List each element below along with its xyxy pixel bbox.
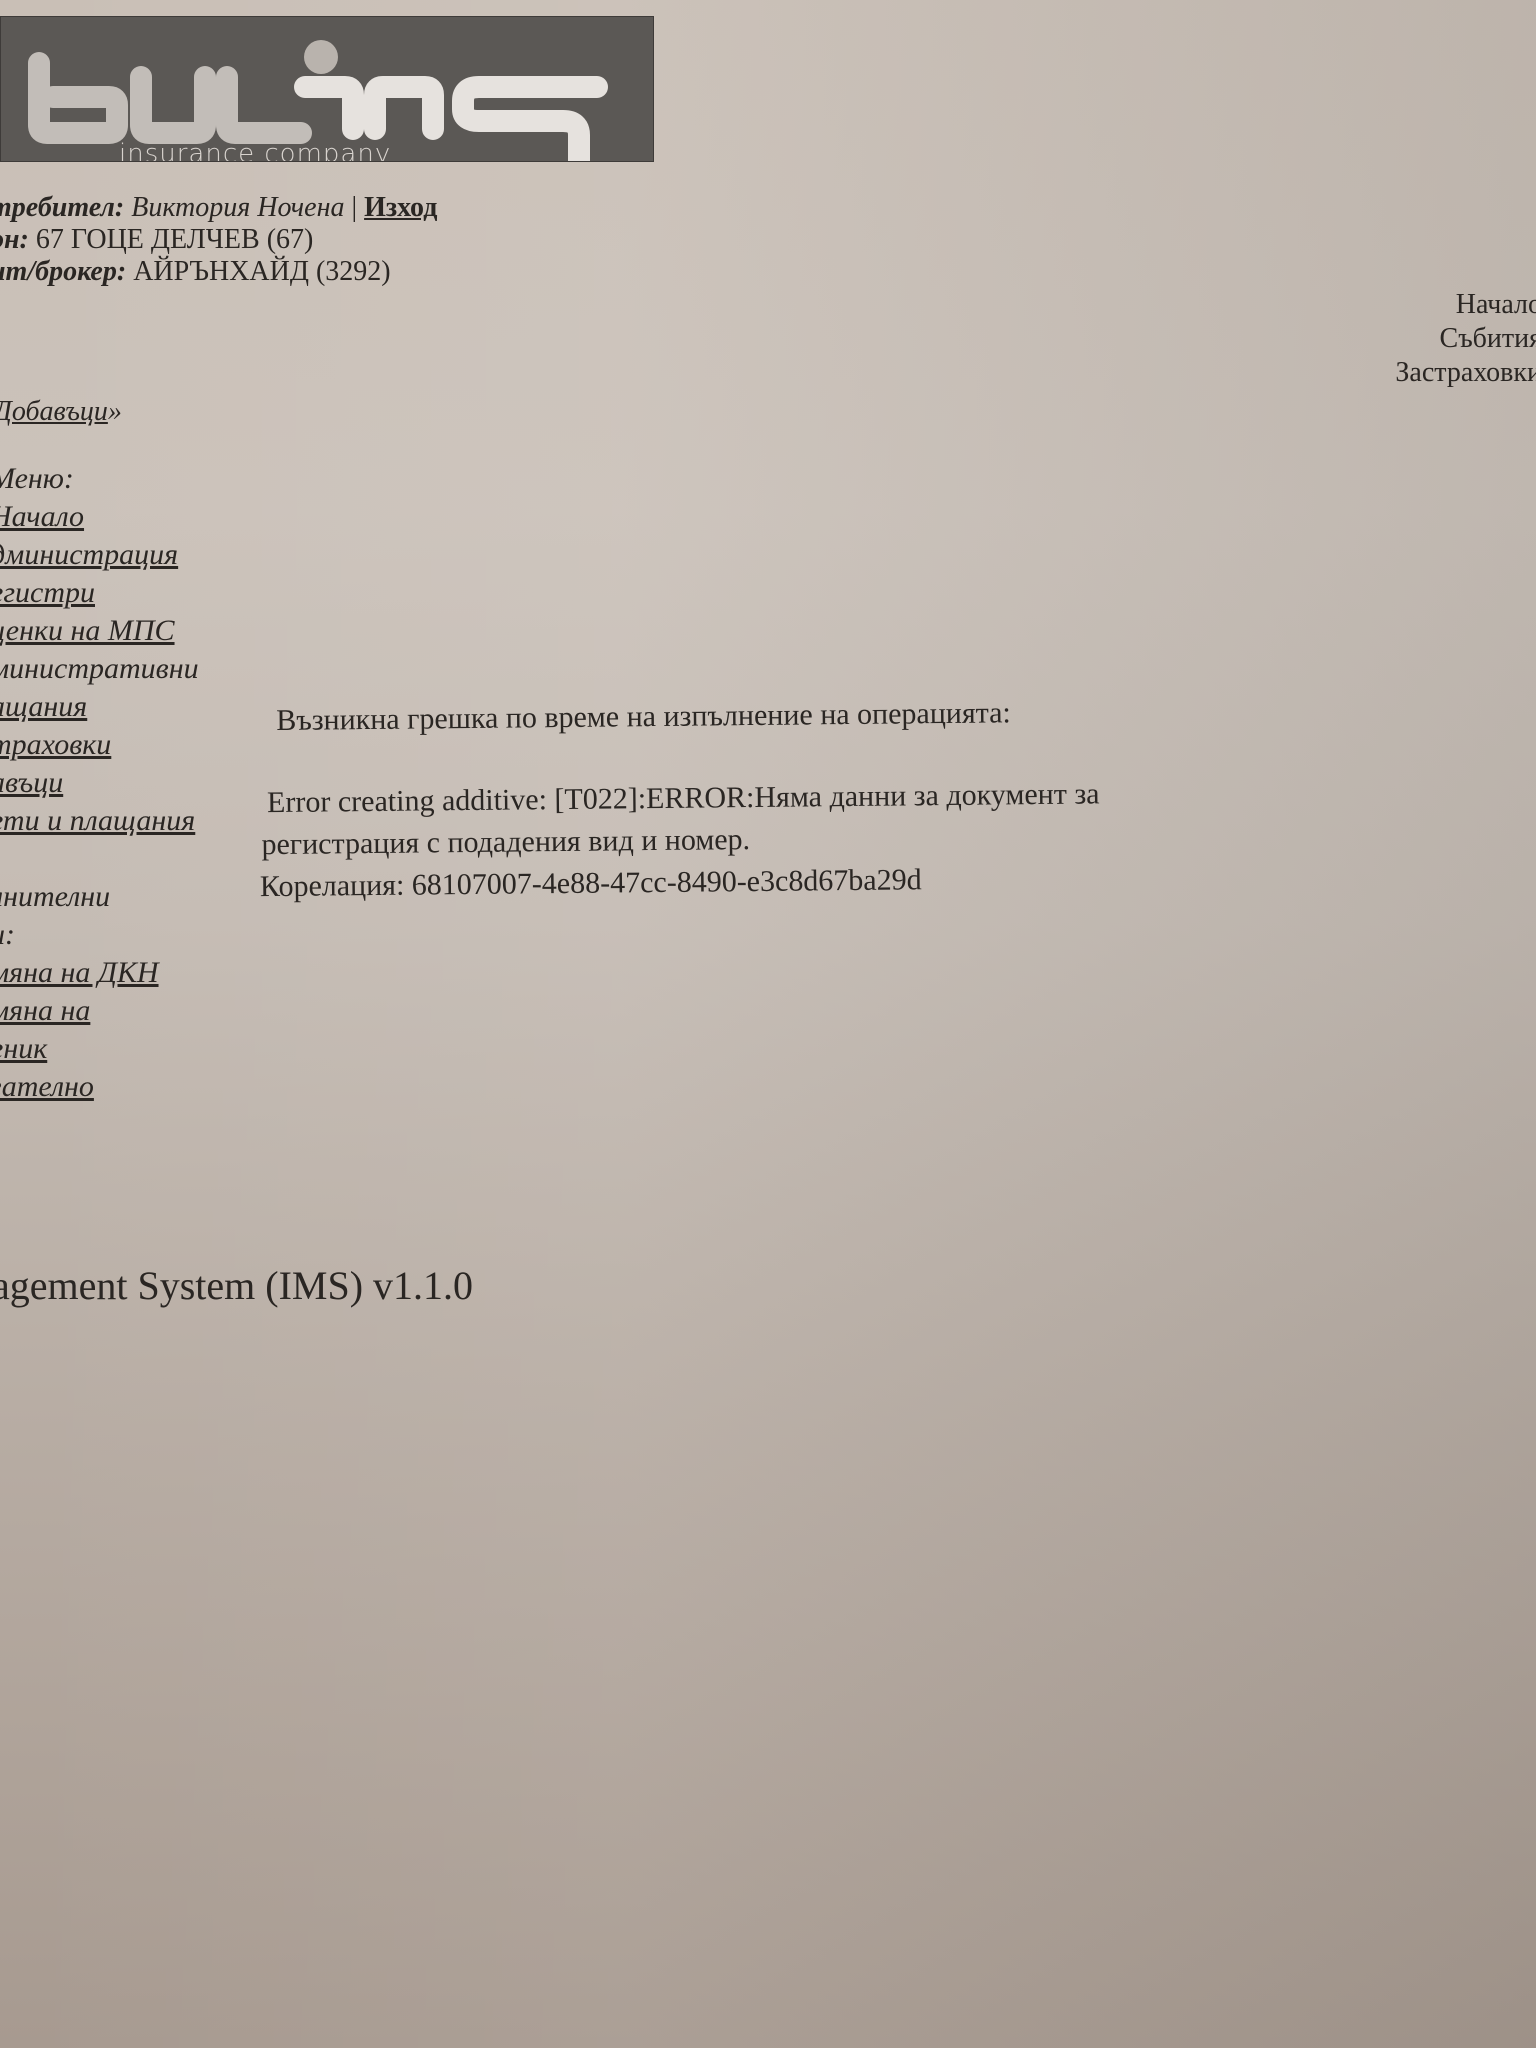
company-logo[interactable]: insurance company xyxy=(0,16,654,162)
menu-item-administration[interactable]: дминистрация xyxy=(0,536,199,574)
menu-item-additives[interactable]: авъци xyxy=(0,764,199,802)
user-label: требител: xyxy=(0,192,124,223)
error-heading: Възникна грешка по време на изпълнение н… xyxy=(276,691,1099,742)
user-info-block: требител: Виктория Ночена | Изход он: 67… xyxy=(0,192,437,288)
correlation-label: Корелация: xyxy=(260,869,405,904)
menu-item-change-dkn[interactable]: мяна на ДКН xyxy=(0,954,199,992)
menu-item-payments[interactable]: ащания xyxy=(0,688,199,726)
menu-item-change-of[interactable]: мяна на xyxy=(0,992,199,1030)
menu-item-accounts-and-payments[interactable]: ети и плащания xyxy=(0,802,199,840)
menu-item-owner[interactable]: еник xyxy=(0,1030,199,1068)
error-panel: Възникна грешка по време на изпълнение н… xyxy=(276,691,1101,908)
office-row: он: 67 ГОЦЕ ДЕЛЧЕВ (67) xyxy=(0,224,437,256)
correlation-id: 68107007-4e88-47cc-8490-e3c8d67ba29d xyxy=(412,863,922,901)
menu-item-mandatory[interactable]: гателно xyxy=(0,1068,199,1106)
agent-label: нт/брокер: xyxy=(0,256,126,287)
agent-value: АЙРЪНХАЙД (3292) xyxy=(133,256,390,287)
office-label: он: xyxy=(0,224,29,255)
menu-item-registers[interactable]: егистри xyxy=(0,574,199,612)
breadcrumb-separator: » xyxy=(108,396,122,427)
photo-lighting-overlay xyxy=(0,0,1536,2048)
menu-item-vehicle-valuations[interactable]: ценки на МПС xyxy=(0,612,199,650)
logo-subtitle: insurance company xyxy=(119,141,499,162)
menu-spacer xyxy=(0,840,199,878)
menu-item-administrative[interactable]: министративни xyxy=(0,650,199,688)
user-name: Виктория Ночена xyxy=(131,192,344,223)
error-message-line1: Error creating additive: [T022]:ERROR:Ня… xyxy=(267,773,1100,824)
nav-link-home[interactable]: Начало xyxy=(1395,288,1536,322)
breadcrumb-link-additives[interactable]: Добавъци xyxy=(0,396,108,427)
logout-link[interactable]: Изход xyxy=(364,192,437,223)
extra-menu-title-line1: лнителни xyxy=(0,878,199,916)
office-value: 67 ГОЦЕ ДЕЛЧЕВ (67) xyxy=(36,224,313,255)
menu-item-home[interactable]: Начало xyxy=(0,498,199,536)
agent-row: нт/брокер: АЙРЪНХАЙД (3292) xyxy=(0,256,437,288)
nav-link-events[interactable]: Събития xyxy=(1395,322,1536,356)
side-menu: Меню: Начало дминистрация егистри ценки … xyxy=(0,460,199,1106)
menu-item-policies[interactable]: траховки xyxy=(0,726,199,764)
breadcrumb: Добавъци» xyxy=(0,396,122,428)
nav-link-policies[interactable]: Застраховки xyxy=(1395,356,1536,390)
extra-menu-title-line2: и: xyxy=(0,916,199,954)
separator: | xyxy=(351,192,357,223)
footer-version: agement System (IMS) v1.1.0 xyxy=(0,1262,473,1309)
menu-title: Меню: xyxy=(0,460,199,498)
top-right-nav: Начало Събития Застраховки xyxy=(1395,288,1536,390)
correlation-row: Корелация: 68107007-4e88-47cc-8490-e3c8d… xyxy=(260,857,1101,908)
user-row: требител: Виктория Ночена | Изход xyxy=(0,192,437,224)
